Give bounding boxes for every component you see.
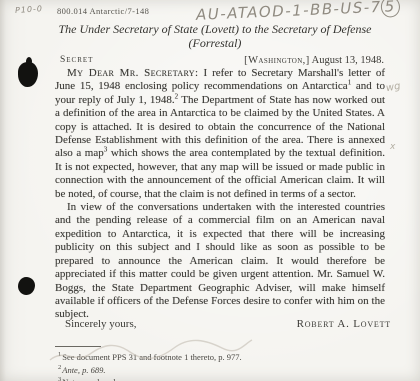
scanned-letter-page: P10-0 800.014 Antarctic/7-148 AU-ATAOD-1…	[0, 0, 420, 381]
signature: Robert A. Lovett	[297, 318, 391, 330]
dateline: [Washington,] August 13, 1948.	[244, 55, 384, 66]
salutation: My Dear Mr. Secretary:	[67, 67, 198, 79]
footnote-3-text: Not reproduced.	[62, 377, 117, 381]
pencil-margin-mark: x	[390, 142, 395, 152]
footnote-2: 2Ante, p. 689.	[58, 363, 378, 376]
footnote-1-text: See document PPS 31 and footnote 1 there…	[62, 352, 241, 362]
classification-label: Secret	[60, 55, 93, 66]
paragraph-1: My Dear Mr. Secretary: I refer to Secret…	[55, 67, 385, 201]
pencil-note: P10-0	[15, 4, 44, 15]
ink-blot	[18, 277, 35, 295]
dateline-place: [Washington,]	[244, 55, 309, 66]
p1-text-d: which shows the area contemplated by the…	[55, 147, 385, 199]
letter-body: My Dear Mr. Secretary: I refer to Secret…	[55, 67, 385, 322]
file-number: 800.014 Antarctic/7-148	[57, 6, 149, 16]
classification-dateline-row: Secret [Washington,] August 13, 1948.	[60, 55, 384, 66]
footnote-2-marker: 2	[58, 364, 61, 371]
footnote-1: 1See document PPS 31 and footnote 1 ther…	[58, 350, 378, 363]
document-title: The Under Secretary of State (Lovett) to…	[40, 22, 390, 50]
footnote-3-marker: 3	[58, 376, 61, 381]
handwritten-code-main: AU-ATAOD-1-BB-US-7	[196, 0, 382, 24]
footnote-separator	[55, 346, 101, 347]
ink-blot	[18, 62, 38, 87]
footnote-2-text: Ante, p. 689.	[62, 364, 105, 374]
dateline-date: August 13, 1948.	[312, 55, 384, 66]
title-line1: The Under Secretary of State (Lovett) to…	[58, 22, 371, 36]
valediction: Sincerely yours,	[65, 318, 136, 330]
footnote-1-marker: 1	[58, 351, 61, 358]
footnote-3: 3Not reproduced.	[58, 375, 378, 381]
paragraph-2: In view of the conversations undertaken …	[55, 201, 385, 322]
closing-row: Sincerely yours, Robert A. Lovett	[55, 318, 391, 330]
footnotes: 1See document PPS 31 and footnote 1 ther…	[58, 350, 378, 381]
title-line2: (Forrestal)	[189, 36, 242, 50]
handwritten-code-circled: 5	[380, 0, 400, 18]
pencil-margin-mark: wg	[385, 81, 401, 94]
